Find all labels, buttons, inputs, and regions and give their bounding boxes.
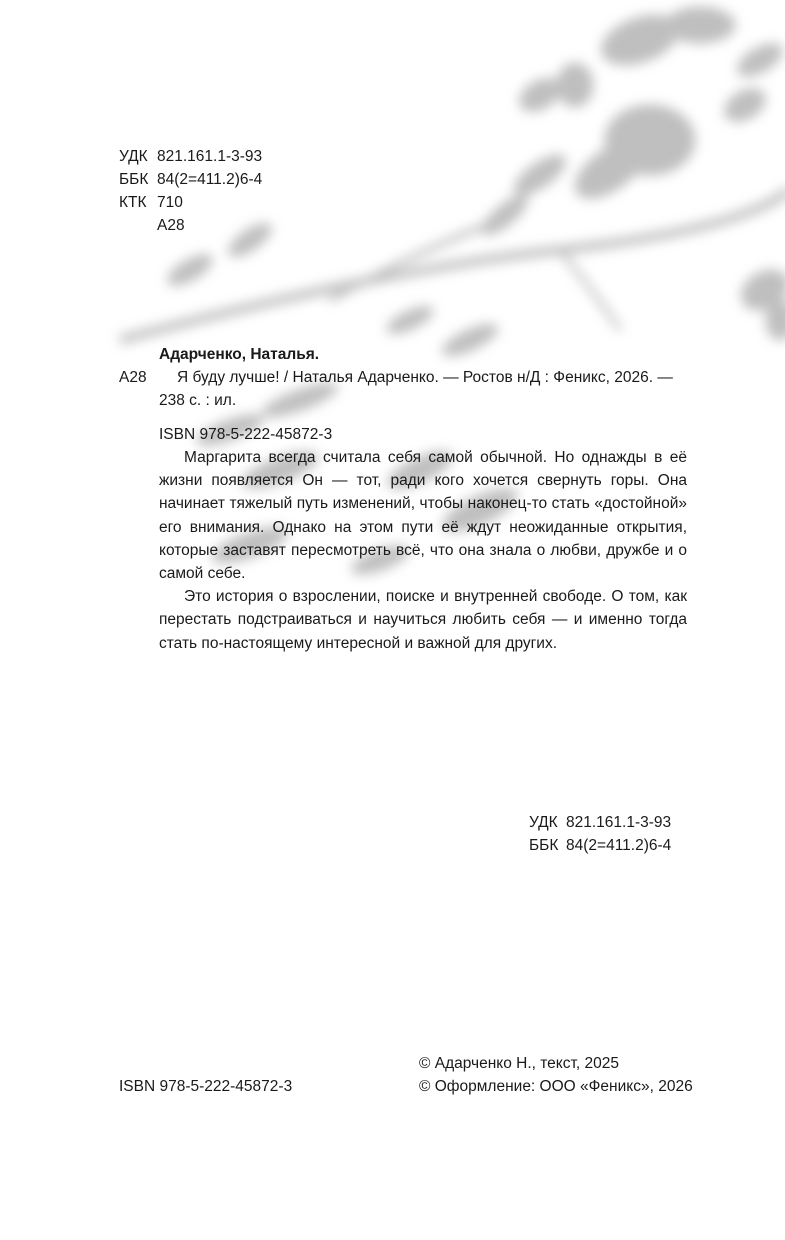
annotation: Маргарита всегда считала себя самой обыч… (159, 446, 687, 655)
classification-codes-top: УДК821.161.1-3-93 ББК84(2=411.2)6-4 КТК7… (119, 145, 262, 237)
udk-label: УДК (529, 811, 566, 834)
ktk-value: 710 (157, 191, 183, 214)
classification-codes-bottom: УДК821.161.1-3-93 ББК84(2=411.2)6-4 (529, 811, 671, 857)
annotation-paragraph: Это история о взрослении, поиске и внутр… (159, 585, 687, 655)
bbk-label: ББК (529, 834, 566, 857)
udk-value: 821.161.1-3-93 (157, 145, 262, 168)
isbn-footer: ISBN 978-5-222-45872-3 (119, 1075, 292, 1098)
copyright-design: © Оформление: ООО «Феникс», 2026 (419, 1075, 693, 1098)
author-mark-side: А28 (119, 366, 147, 389)
annotation-paragraph: Маргарита всегда считала себя самой обыч… (159, 446, 687, 585)
author-heading: Адарченко, Наталья. (159, 343, 319, 366)
author-mark: А28 (157, 214, 185, 237)
bbk-value: 84(2=411.2)6-4 (566, 834, 671, 857)
copyright-block: © Адарченко Н., текст, 2025 © Оформление… (419, 1052, 693, 1098)
copyright-text: © Адарченко Н., текст, 2025 (419, 1052, 693, 1075)
udk-value: 821.161.1-3-93 (566, 811, 671, 834)
bbk-value: 84(2=411.2)6-4 (157, 168, 262, 191)
udk-label: УДК (119, 145, 157, 168)
bbk-label: ББК (119, 168, 157, 191)
ktk-label: КТК (119, 191, 157, 214)
bibliographic-description: Я буду лучше! / Наталья Адарченко. — Рос… (159, 366, 689, 412)
isbn-record: ISBN 978-5-222-45872-3 (159, 423, 332, 446)
